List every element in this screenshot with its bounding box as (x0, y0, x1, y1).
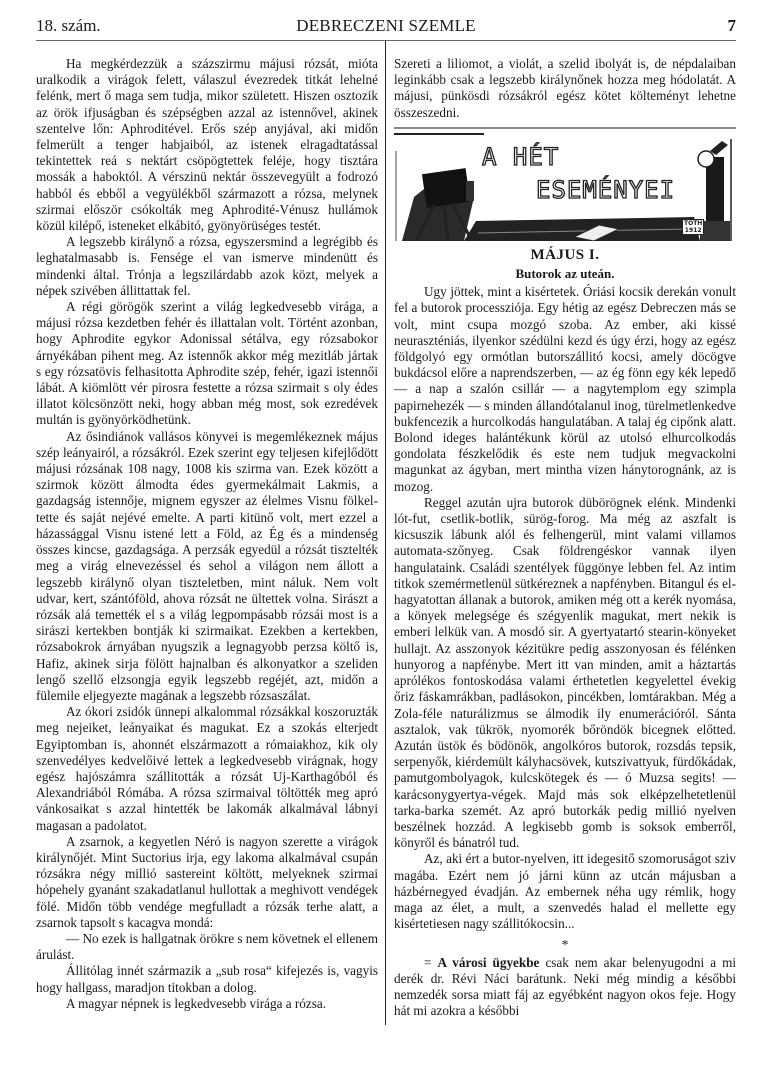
header-rule (36, 40, 736, 41)
section-title: MÁJUS I. (394, 247, 736, 263)
banner-title-line2: ESEMÉNYEI (536, 182, 675, 198)
section-rule (394, 127, 736, 129)
paragraph: A magyar népnek is legkedvesebb virága a… (36, 996, 378, 1012)
final-paragraph: = A városi ügyekbe csak nem akar belenyu… (394, 955, 736, 1020)
paragraph: Az ókori zsidók ünnepi alkalommal rózsák… (36, 704, 378, 834)
column-divider (385, 40, 386, 1025)
publication-title: DEBRECZENI SZEMLE (36, 16, 736, 36)
paragraph: A zsarnok, a kegyetlen Néró is nagyon sz… (36, 834, 378, 931)
continuation-paragraph: Szereti a liliomot, a violát, a szelid i… (394, 56, 736, 121)
paragraph: A legszebb királynő a rózsa, egyszersmin… (36, 234, 378, 299)
right-column: Szereti a liliomot, a violát, a szelid i… (394, 56, 736, 1019)
section-rule-short (394, 133, 484, 135)
banner-title-line1: A HÉT (482, 149, 559, 165)
bold-lead-in: A városi ügyekbe (437, 955, 539, 970)
paragraph: Reggel azután ujra butorok dübörögnek el… (394, 495, 736, 851)
paragraph: Ugy jöttek, mint a kisértetek. Óriási ko… (394, 284, 736, 495)
dialog-paragraph: — No ezek is hallgatnak örökre s nem köv… (36, 931, 378, 963)
page-number: 7 (728, 16, 737, 36)
paragraph: Állitólag innét származik a „sub rosa“ k… (36, 963, 378, 995)
paragraph: A régi görögök szerint a világ legkedves… (36, 299, 378, 429)
section-banner: A HÉT ESEMÉNYEI TÓTH 1912 (394, 137, 736, 241)
paragraph: Az, aki ért a butor-nyelven, itt idegesi… (394, 851, 736, 932)
paragraph: Ha megkérdezzük a százszirmu májusi rózs… (36, 56, 378, 234)
page-header: 18. szám. DEBRECZENI SZEMLE 7 (36, 14, 736, 38)
section-separator: * (394, 938, 736, 954)
paragraph: Az ősindiánok vallásos könyvei is megeml… (36, 429, 378, 704)
section-subtitle: Butorok az uteán. (394, 266, 736, 282)
artist-signature: TÓTH 1912 (682, 219, 704, 235)
paragraph-prefix: = (424, 955, 437, 970)
left-column: Ha megkérdezzük a százszirmu májusi rózs… (36, 56, 378, 1012)
